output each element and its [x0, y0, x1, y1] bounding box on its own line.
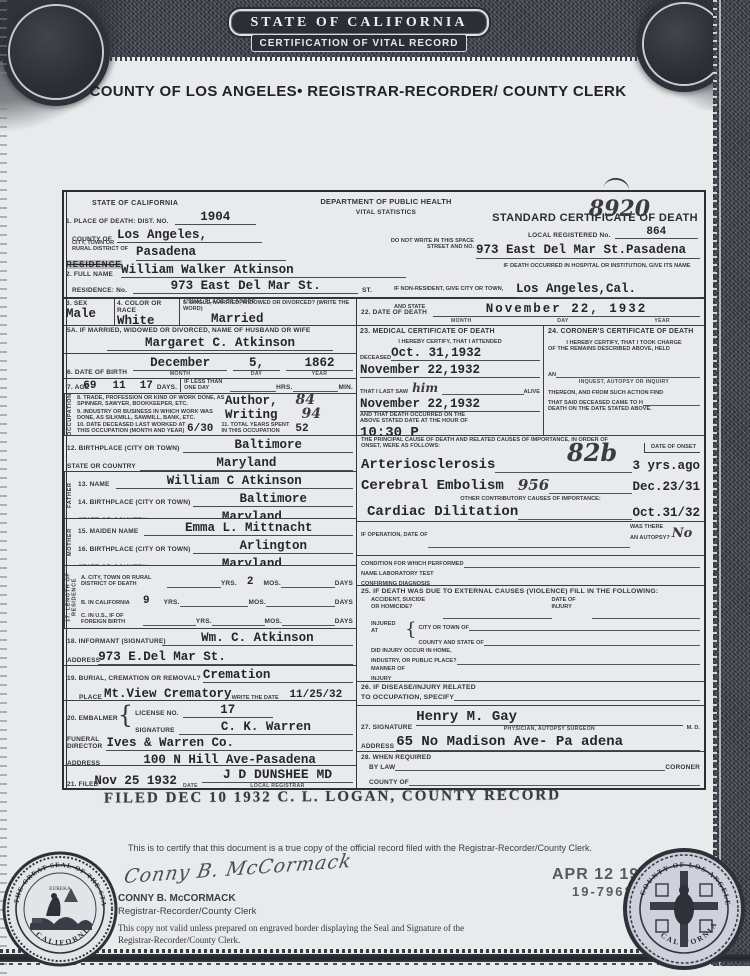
death-certificate-page: STATE OF CALIFORNIA CERTIFICATION OF VIT…: [0, 0, 750, 976]
clerk-signature-script: Conny B. McCormack: [122, 850, 353, 888]
clerk-name: CONNY B. McCORMACK: [118, 893, 236, 904]
certificate-form: STATE OF CALIFORNIA 1. PLACE OF DEATH: D…: [62, 190, 706, 790]
burial-row: 19. BURIAL, CREMATION OR REMOVAL? Cremat…: [64, 666, 356, 701]
coroner-line2: OF THE REMAINS DESCRIBED ABOVE, HELD: [548, 346, 700, 352]
other-contributory-label: OTHER CONTRIBUTORY CAUSES OF IMPORTANCE:: [361, 496, 700, 502]
residence-c-label2: FOREIGN BIRTH: [81, 619, 143, 625]
cause-1-onset: 3 yrs.ago: [632, 459, 700, 473]
physician-address-value: 65 No Madison Ave- Pa adena: [396, 734, 700, 751]
clerk-title: Registrar-Recorder/County Clerk: [118, 906, 256, 917]
residence-b-mos-label: MOS.: [248, 599, 265, 606]
burial-place-value: Mt.View Crematory: [104, 687, 232, 701]
spouse-label: 5A. IF MARRIED, WIDOWED OR DIVORCED, NAM…: [67, 327, 353, 334]
industry-label: 9. INDUSTRY OR BUSINESS IN WHICH WORK WA…: [77, 409, 225, 422]
father-group: FATHER 13. NAME William C Atkinson 14. B…: [64, 472, 356, 519]
length-of-residence-group: 17. LENGTH OF RESIDENCE A. CITY, TOWN OR…: [64, 566, 356, 629]
residence-b-label: B. IN CALIFORNIA: [81, 600, 143, 606]
age-years: 69: [83, 380, 96, 392]
validity-line2: Registrar-Recorder/County Clerk.: [118, 934, 464, 946]
filed-county-recorder-stamp: FILED DEC 10 1932 C. L. LOGAN, COUNTY RE…: [104, 787, 561, 807]
coroner-certificate-box: 24. CORONER'S CERTIFICATE OF DEATH I HER…: [544, 326, 704, 435]
attended-to-date: November 22,1932: [360, 363, 540, 378]
birthplace-row: 12. BIRTHPLACE (CITY OR TOWN) Baltimore …: [64, 436, 356, 472]
last-worked-value: 6/30: [187, 423, 213, 435]
local-registrar-cap: LOCAL REGISTRAR: [250, 783, 304, 789]
state-of-california-label: STATE OF CALIFORNIA: [92, 200, 178, 207]
external-causes-label: 25. IF DEATH WAS DUE TO EXTERNAL CAUSES …: [361, 588, 700, 596]
sex-label: 3. SEX: [66, 300, 112, 307]
director-label: DIRECTOR: [67, 743, 102, 750]
autopsy-value: No: [672, 526, 693, 541]
validity-line1: This copy not valid unless prepared on e…: [118, 922, 464, 934]
father-state-value: Maryland: [151, 510, 353, 519]
spouse-value: Margaret C. Atkinson: [107, 336, 333, 351]
injured-brace: {: [405, 621, 416, 646]
occupational-disease-label2: TO OCCUPATION, SPECIFY: [361, 694, 454, 702]
handwritten-certificate-number: 8920: [589, 196, 650, 222]
trade-label: 8. TRADE, PROFESSION OR KIND OF WORK DON…: [77, 395, 225, 408]
last-worked-label: 10. DATE DECEASED LAST WORKED AT THIS OC…: [77, 422, 187, 435]
residence-a-days-label: DAYS: [335, 580, 353, 587]
informant-address-value: 973 E.Del Mar St.: [98, 650, 353, 665]
funeral-address-value: 100 N Hill Ave-Pasadena: [106, 753, 353, 766]
days-label: DAYS.: [157, 384, 177, 391]
accident-label2: OR HOMICIDE?: [371, 604, 443, 610]
length-of-residence-vertical-label: 17. LENGTH OF RESIDENCE: [64, 566, 78, 628]
dob-day: 5,: [233, 356, 280, 371]
attended-from-date: Oct. 31,1932: [391, 346, 540, 361]
full-name-value: William Walker Atkinson: [121, 263, 406, 278]
medical-certificate-box: 23. MEDICAL CERTIFICATE OF DEATH I HEREB…: [357, 326, 544, 435]
coroner-label: CORONER: [665, 764, 700, 771]
residence-b-yrs-label: YRS.: [164, 599, 180, 606]
when-required-label2: BY LAW: [369, 764, 395, 771]
industry-value: Writing: [225, 408, 278, 422]
residence-a-mos-label: MOS.: [263, 580, 280, 587]
cause-2: Cerebral Embolism: [361, 478, 504, 494]
mother-vertical-label: MOTHER: [64, 519, 75, 565]
occupation-group: OCCUPATION 8. TRADE, PROFESSION OR KIND …: [64, 394, 356, 436]
state-country-label: STATE OR COUNTRY: [67, 463, 136, 470]
residence-b-days-label: DAYS: [335, 599, 353, 606]
injured-county-label: COUNTY AND STATE OF: [418, 640, 483, 646]
embalmer-row: 20. EMBALMER { LICENSE NO. 17 SIGNATURE …: [64, 701, 356, 766]
alive-label: ALIVE: [524, 389, 540, 395]
ornate-left-border: [0, 0, 7, 976]
inquest-cap: INQUEST, AUTOPSY OR INQUIRY: [548, 379, 700, 385]
personal-particulars-column: 3. SEX Male 4. COLOR OR RACE White 5. SI…: [64, 299, 357, 789]
st-label: ST.: [362, 287, 372, 294]
corner-medallion-top-right-icon: [644, 4, 724, 84]
filed-date-cap: DATE: [183, 783, 198, 789]
operation-autopsy-row: IF OPERATION, DATE OF WAS THERE AN AUTOP…: [357, 522, 704, 556]
total-years-value: 52: [295, 423, 308, 435]
local-registered-number: 864: [615, 226, 698, 239]
occupational-disease-label1: 26. IF DISEASE/INJURY RELATED: [361, 684, 700, 692]
medical-certificate-column: 22. DATE OF DEATH November 22, 1932 MONT…: [357, 299, 704, 789]
physician-cap: PHYSICIAN, AUTOPSY SURGEON: [504, 726, 595, 732]
race-label: 4. COLOR OR RACE: [117, 300, 177, 315]
residence-c-mos-label: MOS.: [265, 618, 282, 625]
form-header: STATE OF CALIFORNIA 1. PLACE OF DEATH: D…: [64, 192, 704, 297]
condition-label: CONDITION FOR WHICH PERFORMED: [361, 561, 464, 567]
autopsy-label2: AN AUTOPSY?: [630, 535, 670, 541]
medical-line1: I HEREBY CERTIFY, THAT I ATTENDED: [360, 339, 540, 345]
license-value: 17: [183, 703, 273, 718]
father-birthplace-label: 14. BIRTHPLACE (CITY OR TOWN): [78, 499, 190, 506]
occupational-disease-row: 26. IF DISEASE/INJURY RELATED TO OCCUPAT…: [357, 682, 704, 706]
total-years-label: 11. TOTAL YEARS SPENT IN THIS OCCUPATION: [221, 422, 295, 435]
embalmer-brace: {: [118, 703, 133, 735]
marital-value: Married: [211, 312, 353, 326]
seal-left-motto: EUREKA: [49, 886, 71, 892]
city-value: Pasadena: [136, 245, 196, 259]
father-birthplace-value: Baltimore: [193, 492, 353, 507]
hrs-label: HRS.: [276, 384, 292, 391]
burial-value: Cremation: [203, 668, 353, 683]
operation-label: IF OPERATION, DATE OF: [361, 532, 428, 538]
mother-birthplace-value: Arlington: [193, 539, 353, 554]
dob-month: December: [133, 356, 227, 371]
informant-row: 18. INFORMANT (SIGNATURE) Wm. C. Atkinso…: [64, 629, 356, 666]
date-of-death-value: November 22, 1932: [433, 302, 700, 317]
age-row: 7. AGE 69 11 17 DAYS. IF LESS THAN ONE D…: [64, 379, 356, 394]
validity-note: This copy not valid unless prepared on e…: [118, 922, 464, 946]
burial-date-value: 11/25/32: [279, 689, 353, 701]
an-label: AN: [548, 372, 556, 378]
coroner-line1: I HEREBY CERTIFY, THAT I TOOK CHARGE: [548, 340, 700, 346]
county-of-los-angeles-seal-icon: COUNTY OF LOS ANGELES CALIFORNIA: [622, 846, 746, 976]
birthplace-label: 12. BIRTHPLACE (CITY OR TOWN): [67, 445, 179, 452]
place-of-death-label: 1. PLACE OF DEATH: DIST. NO.: [66, 218, 169, 225]
father-name-label: 13. NAME: [78, 481, 110, 488]
dod-year-cap: YEAR: [654, 318, 670, 324]
dod-month-cap: MONTH: [451, 318, 472, 324]
injured-city-label: CITY OR TOWN OF: [418, 625, 468, 631]
informant-address-label: ADDRESS: [67, 657, 100, 664]
cause-intro2: ONSET, WERE AS FOLLOWS:: [361, 443, 440, 453]
year-cap: YEAR: [312, 371, 328, 377]
certify-text: This is to certify that this document is…: [128, 843, 592, 853]
local-registered-label: LOCAL REGISTERED No.: [528, 232, 611, 239]
embalmer-signature-value: C. K. Warren: [179, 720, 353, 735]
state-banner: STATE OF CALIFORNIA: [229, 9, 489, 36]
full-name-label: 2. FULL NAME: [66, 271, 113, 278]
marital-label: 5. SINGLE, MARRIED, WIDOWED OR DIVORCED?…: [183, 300, 353, 313]
md-label: M. D.: [687, 725, 700, 731]
department-label: DEPARTMENT OF PUBLIC HEALTH: [296, 198, 476, 207]
mother-maiden-label: 15. MAIDEN NAME: [78, 528, 138, 535]
deceased-label: DECEASED: [360, 355, 391, 361]
residence-a-value: 2: [247, 576, 254, 588]
industry-handwritten-code: 94: [302, 406, 321, 422]
condition-lab-row: CONDITION FOR WHICH PERFORMED NAME LABOR…: [357, 556, 704, 586]
filed-row: 21. FILED Nov 25 1932 DATE J D DUNSHEE M…: [64, 766, 356, 789]
date-of-death-label: 22. DATE OF DEATH: [361, 309, 427, 316]
certificates-row: 23. MEDICAL CERTIFICATE OF DEATH I HEREB…: [357, 326, 704, 436]
birthplace-state: Maryland: [140, 456, 353, 471]
father-vertical-label: FATHER: [64, 472, 75, 518]
spouse-row: 5A. IF MARRIED, WIDOWED OR DIVORCED, NAM…: [64, 326, 356, 354]
informant-label: 18. INFORMANT (SIGNATURE): [67, 638, 166, 645]
father-name-value: William C Atkinson: [116, 474, 353, 489]
vital-statistics-label: VITAL STATISTICS: [296, 209, 476, 216]
license-label: LICENSE NO.: [135, 710, 179, 717]
other-cause: Cardiac Dilitation: [367, 504, 518, 520]
age-days: 17: [140, 380, 153, 392]
mother-state-value: Maryland: [151, 557, 353, 566]
filed-date-value: Nov 25 1932: [94, 774, 177, 789]
state-banner-text: STATE OF CALIFORNIA: [251, 15, 468, 31]
physician-signature-label: 27. SIGNATURE: [361, 724, 412, 731]
mother-maiden-value: Emma L. Mittnacht: [144, 521, 353, 536]
sex-race-marital-row: 3. SEX Male 4. COLOR OR RACE White 5. SI…: [64, 299, 356, 326]
informant-value: Wm. C. Atkinson: [162, 631, 353, 646]
injury-date-label2: INJURY: [552, 604, 592, 610]
coroner-certificate-title: 24. CORONER'S CERTIFICATE OF DEATH: [548, 328, 700, 336]
dod-day-cap: DAY: [557, 318, 568, 324]
cause-handwritten-code: 82b: [567, 438, 617, 467]
county-of-blank-label: COUNTY OF: [369, 779, 409, 786]
cause-2-onset: Dec.23/31: [632, 480, 700, 494]
embalmer-signature-label: SIGNATURE: [135, 727, 175, 734]
when-required-label1: 28. WHEN REQUIRED: [361, 754, 700, 761]
residence-a-yrs-label: YRS.: [221, 580, 237, 587]
funeral-label: FUNERAL: [67, 736, 102, 743]
occurred-line2: ABOVE STATED DATE AT THE HOUR OF: [360, 418, 540, 424]
residence-c-yrs-label: YRS.: [196, 618, 212, 625]
min-label: MIN.: [338, 384, 353, 391]
trade-value: Author,: [225, 394, 278, 408]
race-value: White: [117, 314, 177, 325]
funeral-director-value: Ives & Warren Co.: [106, 736, 353, 751]
date-of-birth-row: 6. DATE OF BIRTH December MONTH 5, DAY 1…: [64, 354, 356, 379]
mother-group: MOTHER 15. MAIDEN NAME Emma L. Mittnacht…: [64, 519, 356, 566]
county-value: Los Angeles,: [117, 228, 262, 243]
embalmer-label: 20. EMBALMER: [67, 715, 118, 735]
hour-of-death-value: 10:30 P: [360, 425, 419, 435]
rural-district-label: RURAL DISTRICT OF: [72, 246, 132, 252]
physician-address-label: ADDRESS: [361, 743, 394, 750]
medical-certificate-title: 23. MEDICAL CERTIFICATE OF DEATH: [360, 328, 540, 336]
county-header: COUNTY OF LOS ANGELES• REGISTRAR-RECORDE…: [0, 83, 716, 100]
day-cap: DAY: [251, 371, 262, 377]
nonresident-value: Los Angeles,Cal.: [516, 282, 636, 296]
birthplace-value: Baltimore: [183, 438, 353, 453]
certification-banner: CERTIFICATION OF VITAL RECORD: [251, 34, 467, 52]
date-of-onset-label: DATE OF ONSET: [644, 443, 700, 453]
when-required-row: 28. WHEN REQUIRED BY LAW CORONER COUNTY …: [357, 752, 704, 789]
physician-signature-value: Henry M. Gay: [416, 709, 682, 726]
cause-of-death-block: THE PRINCIPAL CAUSE OF DEATH AND RELATED…: [357, 436, 704, 522]
last-saw-date: November 22,1932: [360, 397, 540, 412]
injury-home-label2: INDUSTRY, OR PUBLIC PLACE?: [371, 658, 457, 664]
certification-banner-text: CERTIFICATION OF VITAL RECORD: [260, 38, 459, 49]
dob-year: 1862: [286, 356, 353, 371]
coroner-line5: DEATH ON THE DATE STATED ABOVE.: [548, 406, 700, 412]
cause-2-handwritten-code: 956: [518, 476, 549, 494]
great-seal-of-california-icon: THE GREAT SEAL OF THE STATE OF CALIFORNI…: [2, 850, 120, 975]
last-saw-pronoun-handwritten: him: [412, 381, 438, 395]
physician-signature-row: 27. SIGNATURE Henry M. Gay PHYSICIAN, AU…: [357, 706, 704, 752]
occupation-vertical-label: OCCUPATION: [64, 394, 75, 435]
local-registrar-value: J D DUNSHEE MD: [202, 767, 353, 783]
last-saw-label: THAT I LAST SAW: [360, 389, 408, 395]
mother-birthplace-label: 16. BIRTHPLACE (CITY OR TOWN): [78, 546, 190, 553]
residence-a-label2: DISTRICT OF DEATH: [81, 581, 167, 587]
cause-1: Arteriosclerosis: [361, 457, 495, 473]
burial-label: 19. BURIAL, CREMATION OR REMOVAL?: [67, 675, 201, 682]
residence-c-days-label: DAYS: [335, 618, 353, 625]
age-months: 11: [112, 380, 125, 392]
other-cause-onset: Oct.31/32: [632, 506, 700, 520]
district-number: 1904: [175, 210, 256, 225]
if-less-than-one-day-label: IF LESS THAN ONE DAY: [184, 379, 230, 392]
hospital-note: IF DEATH OCCURRED IN HOSPITAL OR INSTITU…: [503, 263, 690, 269]
injured-label2: AT: [371, 628, 405, 634]
residence-label: RESIDENCE: No.: [72, 287, 127, 294]
residence-b-value: 9: [143, 595, 150, 607]
dob-label: 6. DATE OF BIRTH: [67, 369, 127, 376]
date-of-death-row: 22. DATE OF DEATH November 22, 1932 MONT…: [357, 299, 704, 326]
external-causes-block: 25. IF DEATH WAS DUE TO EXTERNAL CAUSES …: [357, 586, 704, 682]
sex-value: Male: [66, 307, 112, 321]
street-and-no-label: STREET AND NO.: [364, 244, 474, 250]
ornate-right-border: [713, 0, 750, 966]
month-cap: MONTH: [170, 371, 191, 377]
